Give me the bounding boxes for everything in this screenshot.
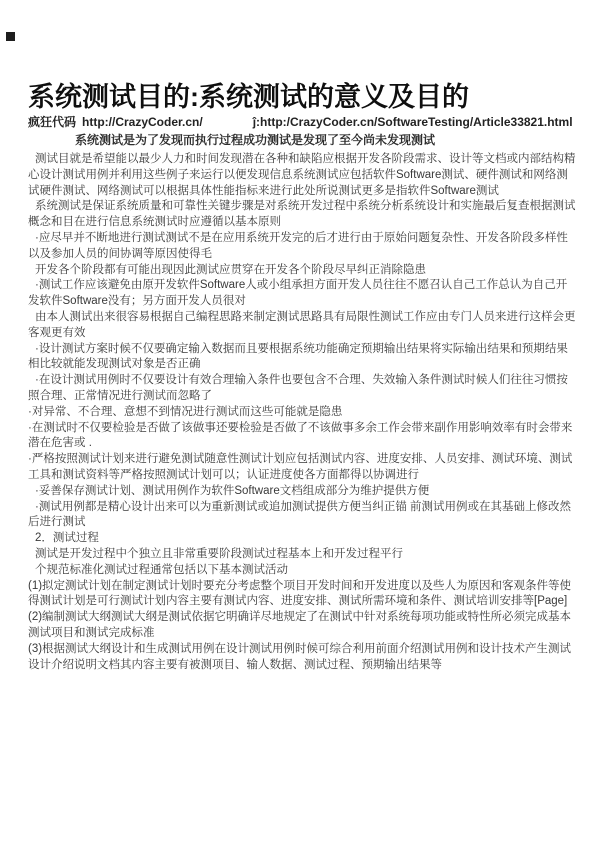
paragraph: (2)编制测试大纲测试大纲是测试依据它明确详尽地规定了在测试中针对系统每项功能或… xyxy=(28,610,578,642)
paragraph: 测试是开发过程中个独立且非常重要阶段测试过程基本上和开发过程平行 xyxy=(28,547,578,563)
site-name: 疯狂代码 xyxy=(28,115,76,129)
corner-mark-square xyxy=(6,32,15,41)
article-body: 测试目就是希望能以最少人力和时间发现潜在各种和缺陷应根据开发各阶段需求、设计等文… xyxy=(28,152,578,673)
paragraph: 测试目就是希望能以最少人力和时间发现潜在各种和缺陷应根据开发各阶段需求、设计等文… xyxy=(28,152,578,199)
source-line: 疯狂代码http://CrazyCoder.cn/ĵ:http:/CrazyCo… xyxy=(28,115,578,130)
document-content: 系统测试目的:系统测试的意义及目的 疯狂代码http://CrazyCoder.… xyxy=(28,82,578,673)
paragraph: ·严格按照测试计划来进行避免测试随意性测试计划应包括测试内容、进度安排、人员安排… xyxy=(28,452,578,484)
paragraph: ·设计测试方案时候不仅要确定输入数据而且要根据系统功能确定预期输出结果将实际输出… xyxy=(28,342,578,374)
paragraph: 由本人测试出来很容易根据自己编程思路来制定测试思路具有局限性测试工作应由专门人员… xyxy=(28,310,578,342)
paragraph: ·测试工作应该避免由原开发软件Software人或小组承担方面开发人员往往不愿召… xyxy=(28,278,578,310)
paragraph: ·妥善保存测试计划、测试用例作为软件Software文档组成部分为维护提供方便 xyxy=(28,484,578,500)
paragraph: 个规范标准化测试过程通常包括以下基本测试活动 xyxy=(28,563,578,579)
paragraph: 系统测试是保证系统质量和可靠性关键步骤是对系统开发过程中系统分析系统设计和实施最… xyxy=(28,199,578,231)
article-summary: 系统测试是为了发现而执行过程成功测试是发现了至今尚未发现测试 xyxy=(28,133,578,148)
article-url-text: ĵ:http:/CrazyCoder.cn/SoftwareTesting/Ar… xyxy=(253,115,573,129)
paragraph: 开发各个阶段都有可能出现因此测试应贯穿在开发各个阶段尽早纠正消除隐患 xyxy=(28,263,578,279)
paragraph: 2．测试过程 xyxy=(28,531,578,547)
paragraph: ·在测试时不仅要检验是否做了该做事还要检验是否做了不该做事多余工作会带来副作用影… xyxy=(28,421,578,453)
paragraph: ·对异常、不合理、意想不到情况进行测试而这些可能就是隐患 xyxy=(28,405,578,421)
document-page: 系统测试目的:系统测试的意义及目的 疯狂代码http://CrazyCoder.… xyxy=(0,0,600,850)
paragraph: ·在设计测试用例时不仅要设计有效合理输入条件也要包含不合理、失效输入条件测试时候… xyxy=(28,373,578,405)
paragraph: (3)根据测试大纲设计和生成测试用例在设计测试用例时候可综合利用前面介绍测试用例… xyxy=(28,642,578,674)
paragraph: ·应尽早并不断地进行测试测试不是在应用系统开发完的后才进行由于原始问题复杂性、开… xyxy=(28,231,578,263)
paragraph: (1)拟定测试计划在制定测试计划时要充分考虑整个项目开发时间和开发进度以及些人为… xyxy=(28,579,578,611)
page-title: 系统测试目的:系统测试的意义及目的 xyxy=(28,82,578,113)
site-url-text: http://CrazyCoder.cn/ xyxy=(82,115,203,129)
paragraph: ·测试用例都是精心设计出来可以为重新测试或追加测试提供方便当纠正锚 前测试用例或… xyxy=(28,500,578,532)
